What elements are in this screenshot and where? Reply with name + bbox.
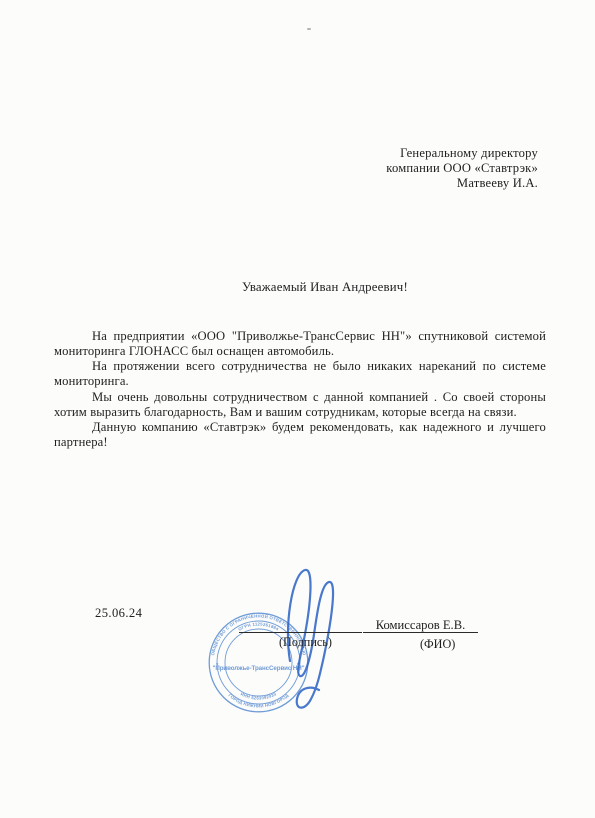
signature-caption: (Подпись) [279, 635, 332, 650]
body-paragraph: На предприятии «ООО "Приволжье-ТрансСерв… [54, 329, 546, 359]
signature-line [239, 632, 362, 633]
body-paragraph: Мы очень довольны сотрудничеством с данн… [54, 390, 546, 420]
scanned-letter-page: Генеральному директору компании ООО «Ста… [0, 0, 595, 818]
recipient-line: Матвееву И.А. [386, 176, 538, 191]
recipient-line: Генеральному директору [386, 146, 538, 161]
salutation: Уважаемый Иван Андреевич! [242, 280, 408, 295]
signer-name: Комиссаров Е.В. [363, 618, 478, 633]
name-caption: (ФИО) [420, 637, 455, 652]
body-paragraph: На протяжении всего сотрудничества не бы… [54, 359, 546, 389]
letter-date: 25.06.24 [95, 606, 142, 621]
scan-artifact-speck [307, 28, 311, 30]
recipient-line: компании ООО «Ставтрэк» [386, 161, 538, 176]
recipient-block: Генеральному директору компании ООО «Ста… [386, 146, 538, 190]
body-paragraph: Данную компанию «Ставтрэк» будем рекомен… [54, 420, 546, 450]
letter-body: На предприятии «ООО "Приволжье-ТрансСерв… [54, 329, 546, 450]
